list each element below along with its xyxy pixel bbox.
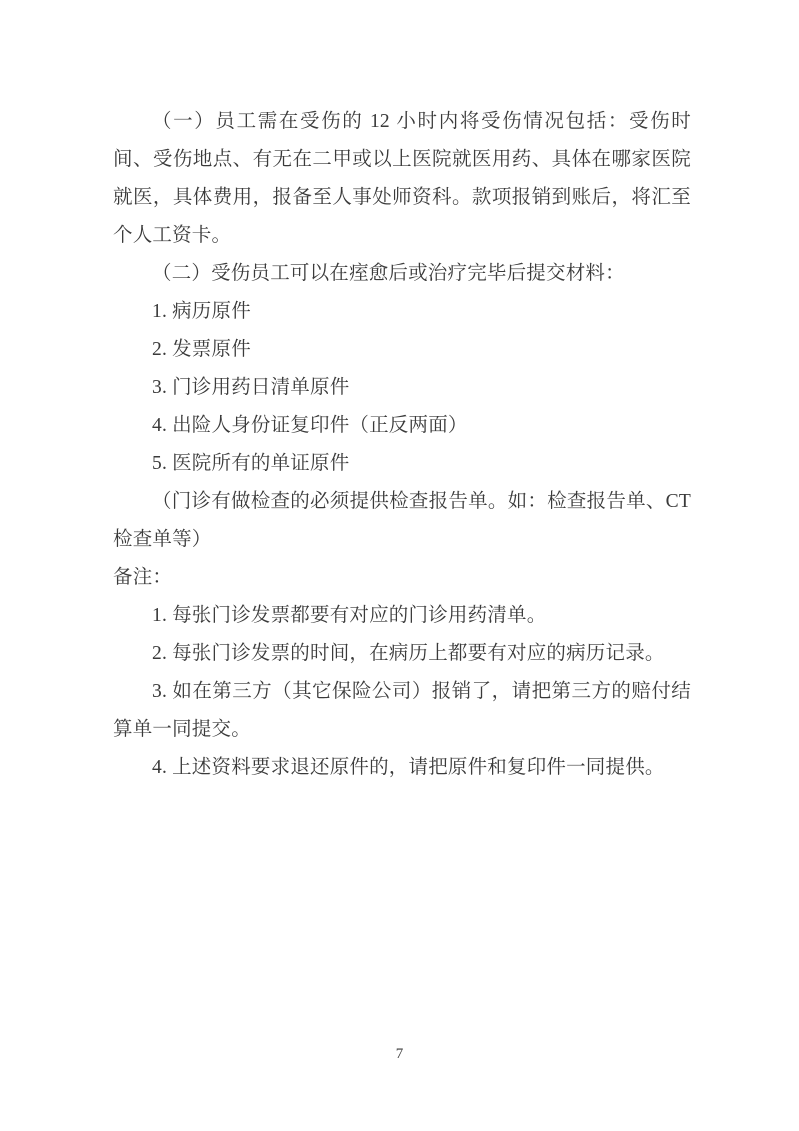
- heading-remarks: 备注：: [113, 559, 691, 597]
- remark-2-record-match: 2. 每张门诊发票的时间，在病历上都要有对应的病历记录。: [113, 635, 691, 673]
- document-page: （一）员工需在受伤的 12 小时内将受伤情况包括：受伤时间、受伤地点、有无在二甲…: [0, 0, 799, 1131]
- para-examination-report-note: （门诊有做检查的必须提供检查报告单。如：检查报告单、CT 检查单等）: [113, 483, 691, 559]
- para-report-within-12-hours: （一）员工需在受伤的 12 小时内将受伤情况包括：受伤时间、受伤地点、有无在二甲…: [113, 103, 691, 255]
- list-item-id-card-copy: 4. 出险人身份证复印件（正反两面）: [113, 407, 691, 445]
- page-number: 7: [396, 1046, 404, 1062]
- list-item-medical-record-original: 1. 病历原件: [113, 293, 691, 331]
- remark-1-medication-list: 1. 每张门诊发票都要有对应的门诊用药清单。: [113, 597, 691, 635]
- para-submit-materials-intro: （二）受伤员工可以在痓愈后或治疗完毕后提交材料：: [113, 255, 691, 293]
- remark-4-return-originals: 4. 上述资料要求退还原件的，请把原件和复印件一同提供。: [113, 749, 691, 787]
- page-footer: 7: [0, 1044, 799, 1064]
- list-item-invoice-original: 2. 发票原件: [113, 331, 691, 369]
- remark-3-third-party-settlement: 3. 如在第三方（其它保险公司）报销了，请把第三方的赔付结算单一同提交。: [113, 673, 691, 749]
- document-body: （一）员工需在受伤的 12 小时内将受伤情况包括：受伤时间、受伤地点、有无在二甲…: [113, 103, 691, 787]
- list-item-hospital-certificates: 5. 医院所有的单证原件: [113, 445, 691, 483]
- list-item-outpatient-medication-list: 3. 门诊用药日清单原件: [113, 369, 691, 407]
